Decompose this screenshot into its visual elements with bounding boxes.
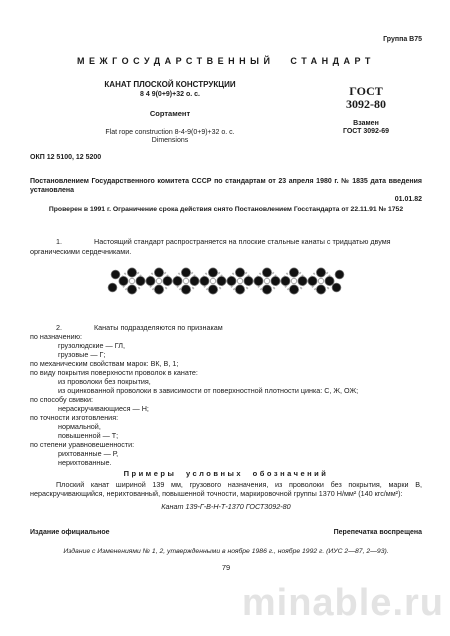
example-designation: Канат 139-Г-В-Н-Т-1370 ГОСТ3092-80 [30,502,422,511]
edition-note: Издание с Изменениями № 1, 2, утвержденн… [30,548,422,555]
rope-diagram-svg [106,261,346,301]
classification-label: по способу свивки: [30,395,422,404]
classification-subitem: рихтованные — Р, [58,449,422,458]
classification-group-purpose: по назначению: грузолюдские — ГЛ, грузов… [30,332,422,359]
clause-1-text: Настоящий стандарт распространяется на п… [30,237,391,256]
gost-code-number: 3092-80 [310,98,422,111]
classification-group-lay: по способу свивки: нераскручивающиеся — … [30,395,422,413]
classification-subitem: из проволоки без покрытия, [58,377,422,386]
subtitle-en: Dimensions [30,137,310,144]
clause-2-number: 2. [56,323,62,332]
classification-group-mechanical: по механическим свойствам марок: ВК, В, … [30,359,422,368]
classification-label: по назначению: [30,332,422,341]
revision-note: Проверен в 1991 г. Ограничение срока дей… [30,206,422,213]
clause-1-number: 1. [56,237,62,246]
clause-2: 2.Канаты подразделяются по признакам [30,323,422,332]
okp-codes: ОКП 12 5100, 12 5200 [30,154,422,161]
gost-code: ГОСТ 3092-80 [310,85,422,111]
classification-group-balance: по степени уравновешенности: рихтованные… [30,440,422,467]
example-description: Плоский канат шириной 139 мм, грузового … [30,480,422,498]
classification-subitem: нераскручивающиеся — Н; [58,404,422,413]
clause-2-text: Канаты подразделяются по признакам [94,323,223,332]
decree-text: Постановлением Государственного комитета… [30,177,422,195]
reprint-forbidden-label: Перепечатка воспрещена [334,529,422,536]
classification-label: по степени уравновешенности: [30,440,422,449]
classification-label: по механическим свойствам марок: ВК, В, … [30,359,422,368]
rope-designation: 8 4 9(0+9)+32 о. с. [30,91,310,98]
classification-subitem: грузолюдские — ГЛ, [58,341,422,350]
replaces-label: Взамен [310,120,422,127]
classification-subitem: повышенной — Т; [58,431,422,440]
official-edition-label: Издание официальное [30,529,110,536]
subtitle-ru: Сортамент [30,109,310,118]
classification-subitem: нормальной, [58,422,422,431]
classification-label: по точности изготовления: [30,413,422,422]
examples-heading: Примеры условных обозначений [30,469,422,478]
footer-row: Издание официальное Перепечатка воспреще… [30,529,422,536]
replaces-code: ГОСТ 3092-69 [310,128,422,135]
title-block: КАНАТ ПЛОСКОЙ КОНСТРУКЦИИ 8 4 9(0+9)+32 … [30,80,422,144]
classification-subitem: нерихтованные. [58,458,422,467]
site-watermark: minable.ru [242,584,444,622]
group-label: Группа В75 [30,36,422,43]
classification-subitem: грузовые — Г; [58,350,422,359]
gost-standard-page: Группа В75 МЕЖГОСУДАРСТВЕННЫЙ СТАНДАРТ К… [0,0,450,636]
page-number: 79 [30,563,422,572]
classification-label: по виду покрытия поверхности проволок в … [30,368,422,377]
classification-group-accuracy: по точности изготовления: нормальной, по… [30,413,422,440]
classification-group-coating: по виду покрытия поверхности проволок в … [30,368,422,395]
rope-cross-section-diagram [30,261,422,301]
standard-type-heading: МЕЖГОСУДАРСТВЕННЫЙ СТАНДАРТ [30,56,422,66]
classification-subitem: из оцинкованной проволоки в зависимости … [58,386,422,395]
title-ru: КАНАТ ПЛОСКОЙ КОНСТРУКЦИИ [30,80,310,89]
clause-1: 1.Настоящий стандарт распространяется на… [30,237,422,256]
effective-date: 01.01.82 [30,196,422,203]
gost-code-block: ГОСТ 3092-80 Взамен ГОСТ 3092-69 [310,80,422,144]
title-en: Flat rope construction 8-4-9(0+9)+32 о. … [30,129,310,136]
title-main: КАНАТ ПЛОСКОЙ КОНСТРУКЦИИ 8 4 9(0+9)+32 … [30,80,310,144]
